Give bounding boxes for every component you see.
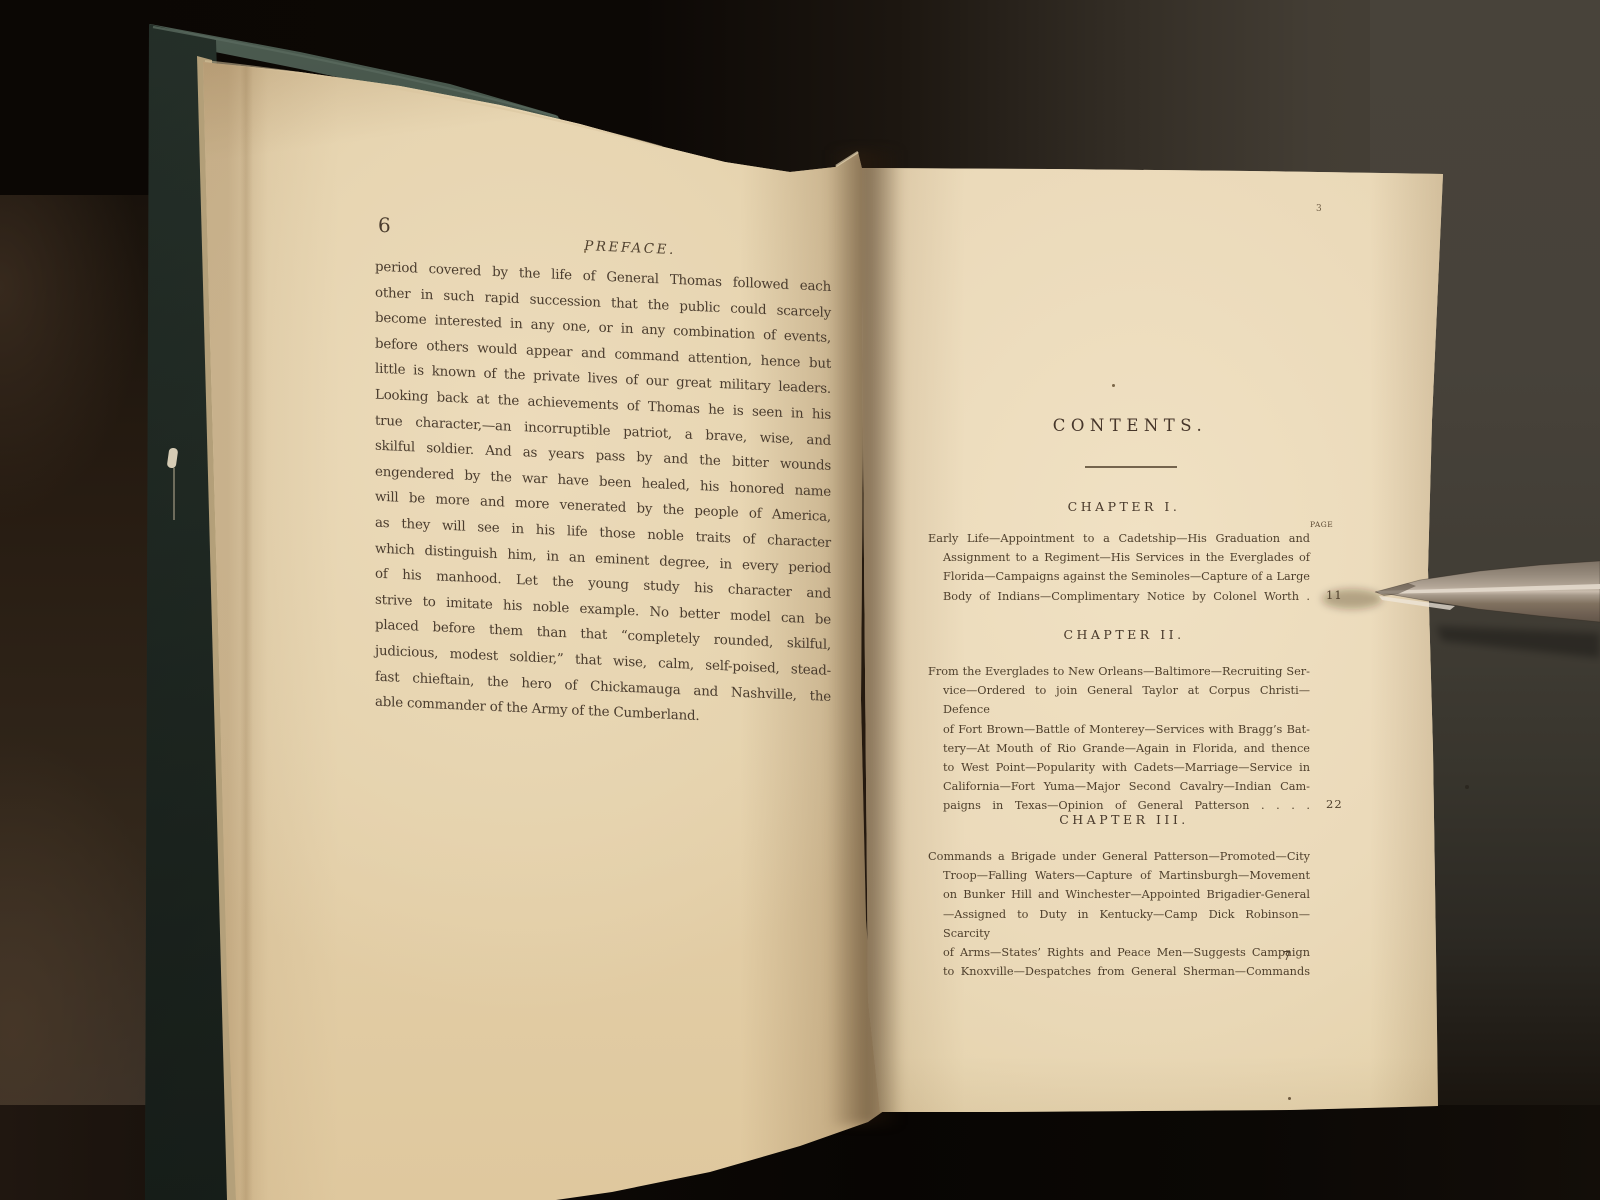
toc-line: Florida—Campaigns against the Seminoles—… — [928, 567, 1310, 586]
toc-line: Troop—Falling Waters—Capture of Martinsb… — [928, 866, 1310, 885]
open-book-photo: 6 PREFACE. period covered by the life of… — [0, 0, 1600, 1200]
toc-line: —Assigned to Duty in Kentucky—Camp Dick … — [928, 905, 1310, 943]
toc-line: Commands a Brigade under General Patters… — [928, 847, 1310, 866]
toc-line: California—Fort Yuma—Major Second Cavalr… — [928, 777, 1310, 796]
dust-speck — [584, 250, 586, 253]
toc-line: on Bunker Hill and Winchester—Appointed … — [928, 885, 1310, 904]
dust-speck — [1465, 785, 1469, 789]
toc-line: Body of Indians—Complimentary Notice by … — [928, 587, 1310, 606]
chapter-2-page-ref: 22 — [1326, 795, 1343, 814]
chapter-1-heading: CHAPTER I. — [934, 499, 1314, 514]
cover-wear-thread — [173, 468, 175, 520]
toc-line: to Knoxville—Despatches from General She… — [928, 962, 1310, 981]
chapter-1-entry: Early Life—Appointment to a Cadetship—Hi… — [928, 529, 1310, 606]
contents-title: CONTENTS. — [940, 416, 1320, 435]
right-page-number: 7 — [1283, 948, 1291, 963]
contents-page-text: 3 CONTENTS. PAGE CHAPTER I. Early Life—A… — [880, 160, 1440, 1170]
toc-line: to West Point—Popularity with Cadets—Mar… — [928, 758, 1310, 777]
toc-line: of Arms—States’ Rights and Peace Men—Sug… — [928, 943, 1310, 962]
toc-line: From the Everglades to New Orleans—Balti… — [928, 662, 1310, 681]
chapter-1-page-ref: 11 — [1326, 586, 1343, 605]
toc-line: vice—Ordered to join General Taylor at C… — [928, 681, 1310, 719]
chapter-3-entry: Commands a Brigade under General Patters… — [928, 847, 1310, 981]
preface-body: period covered by the life of General Th… — [375, 255, 831, 736]
chapter-2-entry: From the Everglades to New Orleans—Balti… — [928, 662, 1310, 816]
running-head: PREFACE. — [530, 236, 730, 261]
title-rule — [1085, 466, 1177, 468]
preface-page-text: 6 PREFACE. period covered by the life of… — [360, 196, 830, 777]
toc-line: of Fort Brown—Battle of Monterey—Service… — [928, 720, 1310, 739]
dust-speck — [1112, 384, 1115, 387]
left-page-number: 6 — [378, 213, 391, 238]
toc-line: Early Life—Appointment to a Cadetship—Hi… — [928, 529, 1310, 548]
dust-speck — [1288, 1097, 1291, 1100]
page-column-label: PAGE — [1310, 520, 1333, 529]
signature-mark: 3 — [1316, 204, 1322, 214]
toc-line: tery—At Mouth of Rio Grande—Again in Flo… — [928, 739, 1310, 758]
toc-line: Assignment to a Regiment—His Services in… — [928, 548, 1310, 567]
chapter-2-heading: CHAPTER II. — [934, 627, 1314, 642]
chapter-3-heading: CHAPTER III. — [934, 812, 1314, 827]
